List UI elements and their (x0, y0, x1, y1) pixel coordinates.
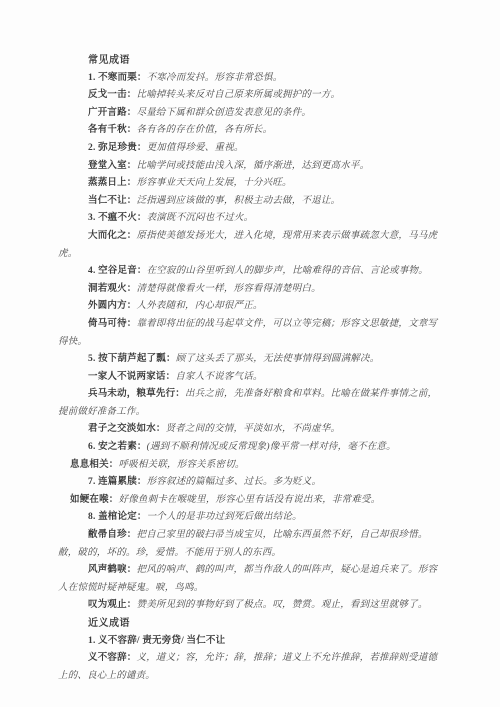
idiom-definition: 贤者之间的交情，平淡如水，不尚虚华。 (166, 424, 341, 434)
idiom-paragraph: 大而化之：原指使美德发扬光大，进入化境，现常用来表示做事疏忽大意，马马虎虎。 (58, 228, 442, 263)
idiom-paragraph: 7. 连篇累牍：形容叙述的篇幅过多、过长。多为贬义。 (58, 474, 442, 492)
idiom-paragraph: 6. 安之若素：(遇到不顺利情况或反常现象)像平常一样对待，毫不在意。 (58, 439, 442, 457)
idiom-paragraph: 当仁不让：泛指遇到应该做的事，积极主动去做，不退让。 (58, 193, 442, 211)
idiom-paragraph: 1. 不寒而栗：不寒冷而发抖。形容非常恐惧。 (58, 70, 442, 88)
idiom-headword: 反戈一击： (88, 90, 137, 100)
idiom-paragraph: 息息相关：呼吸相关联，形容关系密切。 (58, 457, 442, 475)
idiom-headword: 当仁不让： (88, 196, 137, 206)
idiom-headword: 洞若观火： (88, 284, 137, 294)
idiom-headword: 兵马未动，粮草先行： (88, 389, 185, 399)
idiom-definition: 好像鱼刺卡在喉咙里，形容心里有话没有说出来，非常难受。 (119, 495, 381, 505)
idiom-paragraph: 蒸蒸日上：形容事业天天向上发展，十分兴旺。 (58, 175, 442, 193)
idiom-definition: 一个人的是非功过到死后做出结论。 (147, 512, 302, 522)
idiom-definition: 比喻学问或技能由浅入深，循序渐进，达到更高水平。 (137, 161, 370, 171)
idiom-headword: 一家人不说两家话： (88, 372, 175, 382)
idiom-headword: 倚马可待： (88, 319, 137, 329)
idiom-definition: 顾了这头丢了那头，无法使事情得到圆满解决。 (176, 354, 380, 364)
idiom-headword: 息息相关： (70, 460, 119, 470)
idiom-definition: 比喻掉转头来反对自己原来所属或拥护的一方。 (137, 90, 341, 100)
idiom-definition: 各有各的存在价值，各有所长。 (137, 125, 273, 135)
idiom-paragraph: 倚马可待：靠着即将出征的战马起草文件，可以立等完稿；形容文思敏捷，文章写得快。 (58, 316, 442, 351)
idiom-headword: 叹为观止： (88, 600, 137, 610)
idiom-definition: 呼吸相关联，形容关系密切。 (119, 460, 245, 470)
idiom-definition: 自家人不说客气话。 (175, 372, 262, 382)
idiom-paragraph: 君子之交淡如水：贤者之间的交情，平淡如水，不尚虚华。 (58, 421, 442, 439)
idiom-paragraph: 一家人不说两家话：自家人不说客气话。 (58, 369, 442, 387)
idiom-headword: 各有千秋： (88, 125, 137, 135)
idiom-headword: 1. 义不容辞/ 责无旁贷/ 当仁不让 (88, 636, 225, 646)
idiom-definition: 赞美所见到的事物好到了极点。叹，赞赏。观止，看到这里就够了。 (137, 600, 428, 610)
idiom-definition: 表演既不沉闷也不过火。 (147, 213, 254, 223)
idiom-definition: 在空寂的山谷里听到人的脚步声，比喻难得的音信、言论或事物。 (147, 266, 428, 276)
idiom-definition: 形容事业天天向上发展，十分兴旺。 (137, 178, 292, 188)
idiom-headword: 风声鹤唳： (88, 565, 137, 575)
idiom-headword: 君子之交淡如水： (88, 424, 166, 434)
idiom-paragraph: 风声鹤唳：把风的响声、鹤的叫声，都当作敌人的叫阵声，疑心是追兵来了。形容人在惊慌… (58, 562, 442, 597)
idiom-paragraph: 如鲠在喉：好像鱼刺卡在喉咙里，形容心里有话没有说出来，非常难受。 (58, 492, 442, 510)
idiom-paragraph: 洞若观火：清楚得就像看火一样，形容看得清楚明白。 (58, 281, 442, 299)
idiom-paragraph: 义不容辞：义，道义；容，允许；辞，推辞；道义上不允许推辞，若推辞则受道德上的、良… (58, 650, 442, 685)
idiom-paragraph: 广开言路：尽量给下属和群众创造发表意见的条件。 (58, 105, 442, 123)
section-heading: 近义成语 (58, 615, 442, 633)
idiom-definition: 尽量给下属和群众创造发表意见的条件。 (137, 108, 312, 118)
idiom-headword: 4. 空谷足音： (88, 266, 147, 276)
idiom-headword: 义不容辞： (88, 653, 137, 663)
idiom-paragraph: 登堂入室：比喻学问或技能由浅入深，循序渐进，达到更高水平。 (58, 158, 442, 176)
idiom-paragraph: 4. 空谷足音：在空寂的山谷里听到人的脚步声，比喻难得的音信、言论或事物。 (58, 263, 442, 281)
idiom-definition: 更加值得珍爱、重视。 (147, 143, 244, 153)
document-page: 常见成语1. 不寒而栗：不寒冷而发抖。形容非常恐惧。反戈一击：比喻掉转头来反对自… (0, 0, 500, 707)
idiom-headword: 3. 不瘟不火： (88, 213, 147, 223)
document-content: 常见成语1. 不寒而栗：不寒冷而发抖。形容非常恐惧。反戈一击：比喻掉转头来反对自… (0, 0, 500, 685)
idiom-paragraph: 3. 不瘟不火：表演既不沉闷也不过火。 (58, 210, 442, 228)
idiom-headword: 外圆内方： (88, 301, 137, 311)
idiom-headword: 敝帚自珍： (88, 530, 137, 540)
idiom-headword: 广开言路： (88, 108, 137, 118)
idiom-definition: 不寒冷而发抖。形容非常恐惧。 (147, 73, 283, 83)
idiom-paragraph: 8. 盖棺论定：一个人的是非功过到死后做出结论。 (58, 509, 442, 527)
idiom-headword: 如鲠在喉： (70, 495, 119, 505)
idiom-paragraph: 兵马未动，粮草先行：出兵之前，先准备好粮食和草料。比喻在做某件事情之前，提前做好… (58, 386, 442, 421)
idiom-headword: 5. 按下葫芦起了瓢： (88, 354, 176, 364)
idiom-headword: 大而化之： (88, 231, 137, 241)
idiom-paragraph: 各有千秋：各有各的存在价值，各有所长。 (58, 122, 442, 140)
idiom-definition: 清楚得就像看火一样，形容看得清楚明白。 (137, 284, 321, 294)
idiom-headword: 2. 弥足珍贵： (88, 143, 147, 153)
idiom-headword: 7. 连篇累牍： (88, 477, 147, 487)
idiom-definition: 人外表随和，内心却很严正。 (137, 301, 263, 311)
section-heading: 常见成语 (58, 52, 442, 70)
idiom-paragraph: 2. 弥足珍贵：更加值得珍爱、重视。 (58, 140, 442, 158)
idiom-paragraph: 外圆内方：人外表随和，内心却很严正。 (58, 298, 442, 316)
idiom-paragraph: 敝帚自珍：把自己家里的破扫帚当成宝贝，比喻东西虽然不好，自己却很珍惜。敝，破的，… (58, 527, 442, 562)
idiom-definition: (遇到不顺利情况或反常现象)像平常一样对待，毫不在意。 (147, 442, 396, 452)
idiom-paragraph: 叹为观止：赞美所见到的事物好到了极点。叹，赞赏。观止，看到这里就够了。 (58, 597, 442, 615)
idiom-paragraph: 1. 义不容辞/ 责无旁贷/ 当仁不让 (58, 633, 442, 651)
idiom-headword: 登堂入室： (88, 161, 137, 171)
idiom-definition: 形容叙述的篇幅过多、过长。多为贬义。 (147, 477, 322, 487)
idiom-headword: 1. 不寒而栗： (88, 73, 147, 83)
idiom-headword: 6. 安之若素： (88, 442, 147, 452)
idiom-headword: 蒸蒸日上： (88, 178, 137, 188)
idiom-headword: 8. 盖棺论定： (88, 512, 147, 522)
idiom-paragraph: 反戈一击：比喻掉转头来反对自己原来所属或拥护的一方。 (58, 87, 442, 105)
idiom-paragraph: 5. 按下葫芦起了瓢：顾了这头丢了那头，无法使事情得到圆满解决。 (58, 351, 442, 369)
idiom-definition: 泛指遇到应该做的事，积极主动去做，不退让。 (137, 196, 341, 206)
